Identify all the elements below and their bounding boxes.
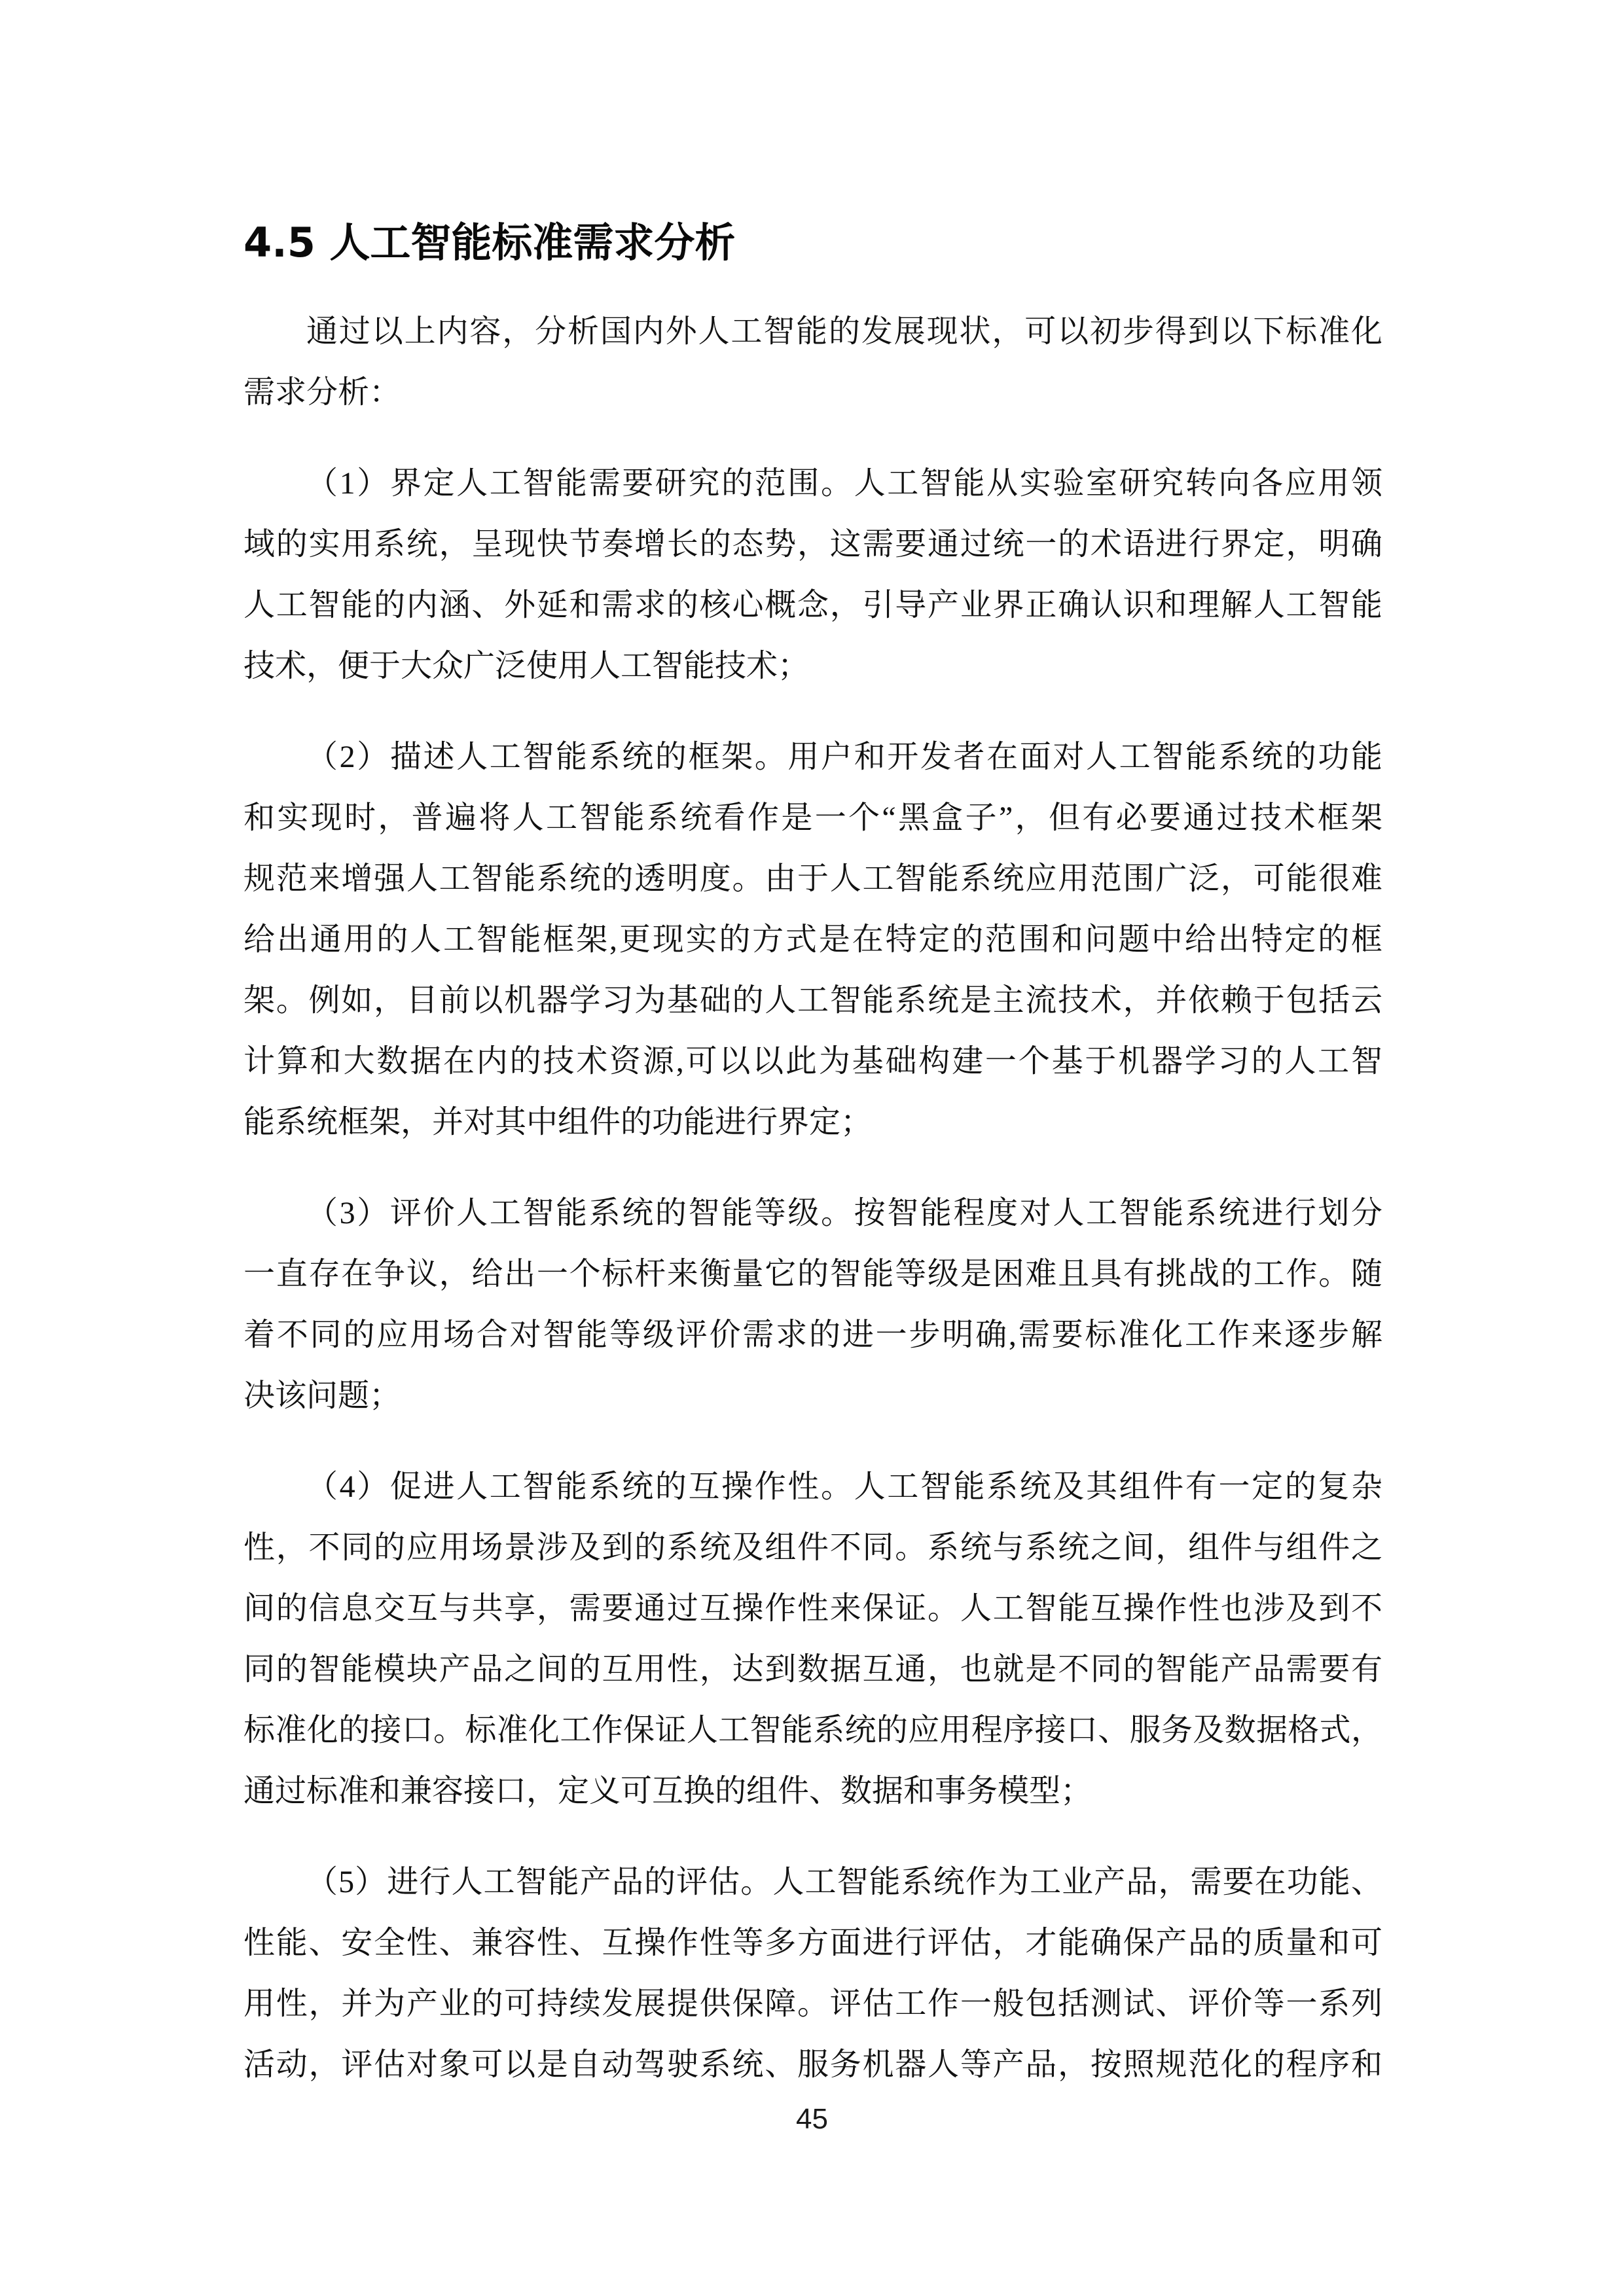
- text-line: 和实现时，普遍将人工智能系统看作是一个“黑盒子”，但有必要通过技术框架: [244, 787, 1382, 848]
- text-line: 活动，评估对象可以是自动驾驶系统、服务机器人等产品，按照规范化的程序和: [244, 2034, 1382, 2095]
- text-line: 能系统框架，并对其中组件的功能进行界定；: [244, 1092, 1382, 1153]
- text-line: （5）进行人工智能产品的评估。人工智能系统作为工业产品，需要在功能、: [244, 1852, 1382, 1912]
- text-line: 着不同的应用场合对智能等级评价需求的进一步明确,需要标准化工作来逐步解: [244, 1304, 1382, 1365]
- paragraph: （1）界定人工智能需要研究的范围。人工智能从实验室研究转向各应用领域的实用系统，…: [244, 453, 1382, 696]
- paragraph: 通过以上内容，分析国内外人工智能的发展现状，可以初步得到以下标准化需求分析：: [244, 301, 1382, 423]
- section-heading: 4.5 人工智能标准需求分析: [244, 220, 1382, 266]
- text-line: （3）评价人工智能系统的智能等级。按智能程度对人工智能系统进行划分: [244, 1183, 1382, 1244]
- paragraphs-container: 通过以上内容，分析国内外人工智能的发展现状，可以初步得到以下标准化需求分析：（1…: [244, 301, 1382, 2095]
- text-line: 需求分析：: [244, 362, 1382, 423]
- paragraph: （5）进行人工智能产品的评估。人工智能系统作为工业产品，需要在功能、性能、安全性…: [244, 1852, 1382, 2095]
- text-line: 域的实用系统，呈现快节奏增长的态势，这需要通过统一的术语进行界定，明确: [244, 514, 1382, 575]
- text-line: 通过标准和兼容接口，定义可互换的组件、数据和事务模型；: [244, 1761, 1382, 1821]
- paragraph: （2）描述人工智能系统的框架。用户和开发者在面对人工智能系统的功能和实现时，普遍…: [244, 726, 1382, 1153]
- text-line: 一直存在争议，给出一个标杆来衡量它的智能等级是困难且具有挑战的工作。随: [244, 1244, 1382, 1304]
- document-page: 4.5 人工智能标准需求分析 通过以上内容，分析国内外人工智能的发展现状，可以初…: [0, 0, 1624, 2296]
- text-line: 人工智能的内涵、外延和需求的核心概念，引导产业界正确认识和理解人工智能: [244, 575, 1382, 636]
- text-line: （1）界定人工智能需要研究的范围。人工智能从实验室研究转向各应用领: [244, 453, 1382, 514]
- text-line: 标准化的接口。标准化工作保证人工智能系统的应用程序接口、服务及数据格式，: [244, 1700, 1382, 1761]
- text-line: 性，不同的应用场景涉及到的系统及组件不同。系统与系统之间，组件与组件之: [244, 1517, 1382, 1578]
- text-line: 给出通用的人工智能框架,更现实的方式是在特定的范围和问题中给出特定的框: [244, 909, 1382, 970]
- page-content: 4.5 人工智能标准需求分析 通过以上内容，分析国内外人工智能的发展现状，可以初…: [244, 220, 1382, 2095]
- text-line: 技术，便于大众广泛使用人工智能技术；: [244, 636, 1382, 696]
- text-line: （4）促进人工智能系统的互操作性。人工智能系统及其组件有一定的复杂: [244, 1456, 1382, 1517]
- text-line: 计算和大数据在内的技术资源,可以以此为基础构建一个基于机器学习的人工智: [244, 1031, 1382, 1092]
- text-line: 决该问题；: [244, 1365, 1382, 1426]
- text-line: 架。例如，目前以机器学习为基础的人工智能系统是主流技术，并依赖于包括云: [244, 970, 1382, 1031]
- text-line: 性能、安全性、兼容性、互操作性等多方面进行评估，才能确保产品的质量和可: [244, 1912, 1382, 1973]
- paragraph: （3）评价人工智能系统的智能等级。按智能程度对人工智能系统进行划分一直存在争议，…: [244, 1183, 1382, 1426]
- text-line: 间的信息交互与共享，需要通过互操作性来保证。人工智能互操作性也涉及到不: [244, 1578, 1382, 1639]
- paragraph: （4）促进人工智能系统的互操作性。人工智能系统及其组件有一定的复杂性，不同的应用…: [244, 1456, 1382, 1821]
- text-line: 用性，并为产业的可持续发展提供保障。评估工作一般包括测试、评价等一系列: [244, 1973, 1382, 2034]
- page-footer: 45: [0, 2102, 1624, 2136]
- page-number: 45: [796, 2103, 828, 2135]
- text-line: 通过以上内容，分析国内外人工智能的发展现状，可以初步得到以下标准化: [244, 301, 1382, 362]
- text-line: 规范来增强人工智能系统的透明度。由于人工智能系统应用范围广泛，可能很难: [244, 848, 1382, 909]
- text-line: 同的智能模块产品之间的互用性，达到数据互通，也就是不同的智能产品需要有: [244, 1639, 1382, 1700]
- text-line: （2）描述人工智能系统的框架。用户和开发者在面对人工智能系统的功能: [244, 726, 1382, 787]
